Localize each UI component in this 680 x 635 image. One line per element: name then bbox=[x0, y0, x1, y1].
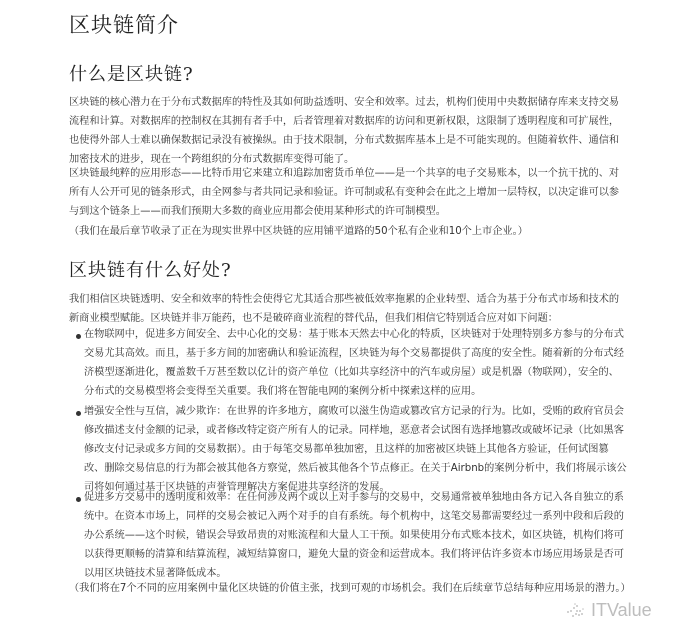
bullet-icon bbox=[76, 411, 81, 416]
paragraph: （我们在最后章节收录了正在为现实世界中区块链的应用铺平道路的50个私有企业和10… bbox=[69, 222, 629, 241]
paragraph: 区块链最纯粹的应用形态——比特币用它来建立和追踪加密货币单位——是一个共享的电子… bbox=[69, 164, 629, 221]
paragraph: 区块链的核心潜力在于分布式数据库的特性及其如何助益透明、安全和效率。过去，机构们… bbox=[69, 93, 629, 169]
list-item: 在物联网中，促进多方间安全、去中心化的交易：基于账本天然去中心化的特质，区块链对… bbox=[84, 325, 629, 401]
list-item: 促进多方交易中的透明度和效率：在任何涉及两个或以上对手参与的交易中，交易通常被单… bbox=[84, 488, 629, 583]
watermark: ITValue bbox=[565, 600, 652, 621]
section-heading-benefits: 区块链有什么好处? bbox=[69, 256, 232, 282]
watermark-text: ITValue bbox=[591, 600, 652, 621]
list-item: 增强安全性与互信，减少欺诈：在世界的许多地方，腐败可以滋生伪造或篡改官方记录的行… bbox=[84, 402, 629, 497]
paragraph: 我们相信区块链透明、安全和效率的特性会使得它尤其适合那些被低效率拖累的企业转型、… bbox=[69, 290, 629, 328]
section-heading-what-is-blockchain: 什么是区块链? bbox=[69, 60, 194, 86]
paragraph: （我们将在7个不同的应用案例中量化区块链的价值主张，找到可观的市场机会。我们在后… bbox=[69, 579, 629, 598]
bullet-icon bbox=[76, 497, 81, 502]
bullet-icon bbox=[76, 334, 81, 339]
page-title: 区块链简介 bbox=[69, 9, 179, 39]
sun-dots-icon bbox=[565, 602, 587, 620]
